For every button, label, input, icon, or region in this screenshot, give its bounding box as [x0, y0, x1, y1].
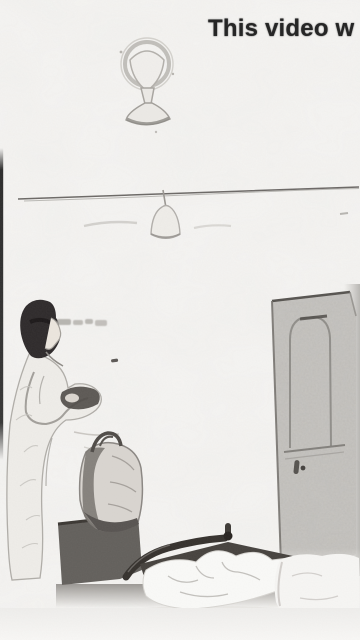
video-frame[interactable]: This video w: [0, 0, 360, 640]
sketch-scene: [0, 0, 360, 640]
film-grain: [0, 0, 360, 640]
video-caption-text: This video w: [208, 15, 354, 43]
